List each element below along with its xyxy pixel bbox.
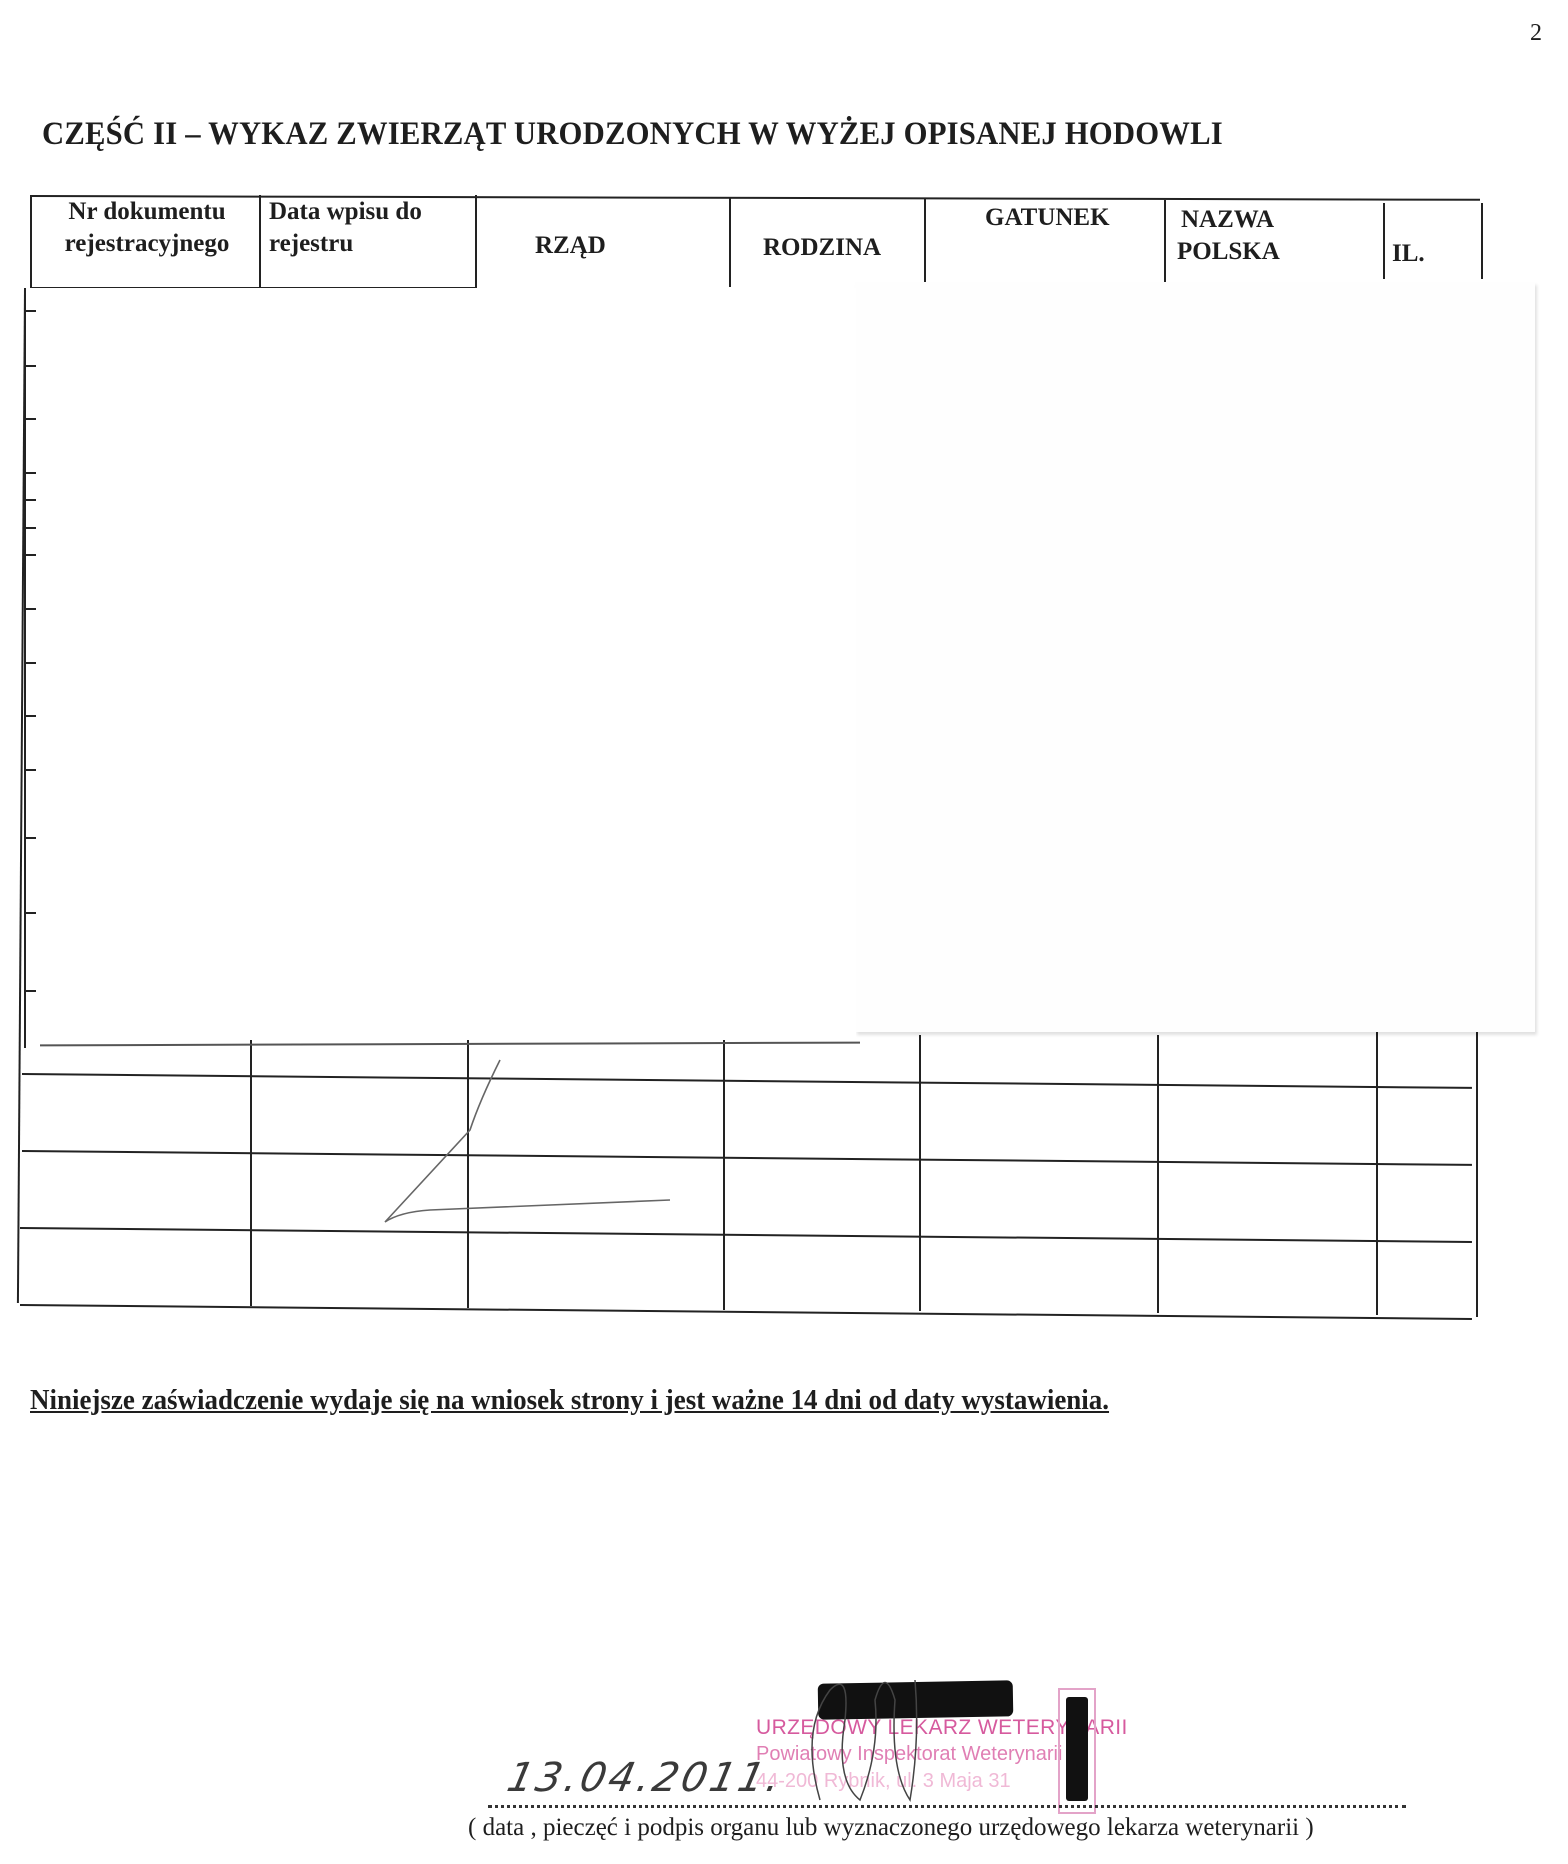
header-registration-doc-no: Nr dokumentu rejestracyjnego bbox=[52, 196, 242, 260]
col-divider bbox=[1481, 203, 1483, 279]
col-divider bbox=[30, 195, 32, 287]
row-tick bbox=[26, 418, 36, 420]
section-title: CZĘŚĆ II – WYKAZ ZWIERZĄT URODZONYCH W W… bbox=[42, 116, 1223, 153]
row-tick bbox=[26, 990, 36, 992]
row-tick bbox=[26, 715, 36, 717]
row-tick bbox=[26, 499, 36, 501]
row-tick bbox=[26, 365, 36, 367]
redaction-bar bbox=[1066, 1697, 1088, 1801]
table-bottom-border bbox=[20, 1304, 1472, 1320]
signature-dotted-line bbox=[488, 1805, 1406, 1808]
col-divider bbox=[1164, 200, 1166, 283]
validity-notice: Niniejsze zaświadczenie wydaje się na wn… bbox=[30, 1384, 1109, 1417]
row-tick bbox=[26, 527, 36, 529]
row-tick bbox=[26, 662, 36, 664]
row-tick bbox=[26, 472, 36, 474]
row-tick bbox=[26, 769, 36, 771]
col-divider bbox=[475, 195, 477, 290]
row-tick bbox=[26, 912, 36, 914]
header-family: RODZINA bbox=[763, 232, 881, 264]
handwritten-date: 13.04.2011. bbox=[503, 1755, 788, 1801]
row-tick bbox=[26, 310, 36, 312]
col-divider bbox=[1376, 1032, 1378, 1315]
page-number: 2 bbox=[1530, 20, 1542, 47]
header-registry-date: Data wpisu do rejestru bbox=[269, 196, 422, 260]
strike-mark bbox=[370, 1040, 690, 1230]
signature-caption: ( data , pieczęć i podpis organu lub wyz… bbox=[468, 1814, 1314, 1842]
row-border bbox=[22, 1073, 1472, 1089]
table-right-border bbox=[1476, 1032, 1478, 1317]
table-top-border bbox=[30, 195, 1480, 201]
row-tick bbox=[26, 554, 36, 556]
header-polish-name: NAZWA POLSKA bbox=[1177, 204, 1280, 268]
header-quantity: IL. bbox=[1392, 238, 1425, 270]
row-border bbox=[20, 1227, 1472, 1243]
col-divider bbox=[1383, 203, 1385, 279]
col-divider bbox=[250, 1040, 252, 1306]
col-divider bbox=[723, 1040, 725, 1310]
pasted-paper-overlay-right bbox=[855, 282, 1535, 1032]
pasted-paper-overlay-left bbox=[26, 288, 856, 1040]
row-border bbox=[22, 1150, 1472, 1166]
col-divider bbox=[924, 198, 926, 293]
col-divider bbox=[729, 197, 731, 287]
col-divider bbox=[1157, 1035, 1159, 1313]
row-tick bbox=[26, 837, 36, 839]
header-order: RZĄD bbox=[535, 230, 606, 262]
col-divider bbox=[259, 195, 261, 295]
col-divider bbox=[919, 1035, 921, 1311]
handwritten-signature bbox=[790, 1660, 950, 1810]
header-species: GATUNEK bbox=[985, 202, 1110, 234]
row-tick bbox=[26, 608, 36, 610]
table-left-border-visible bbox=[24, 288, 26, 1048]
